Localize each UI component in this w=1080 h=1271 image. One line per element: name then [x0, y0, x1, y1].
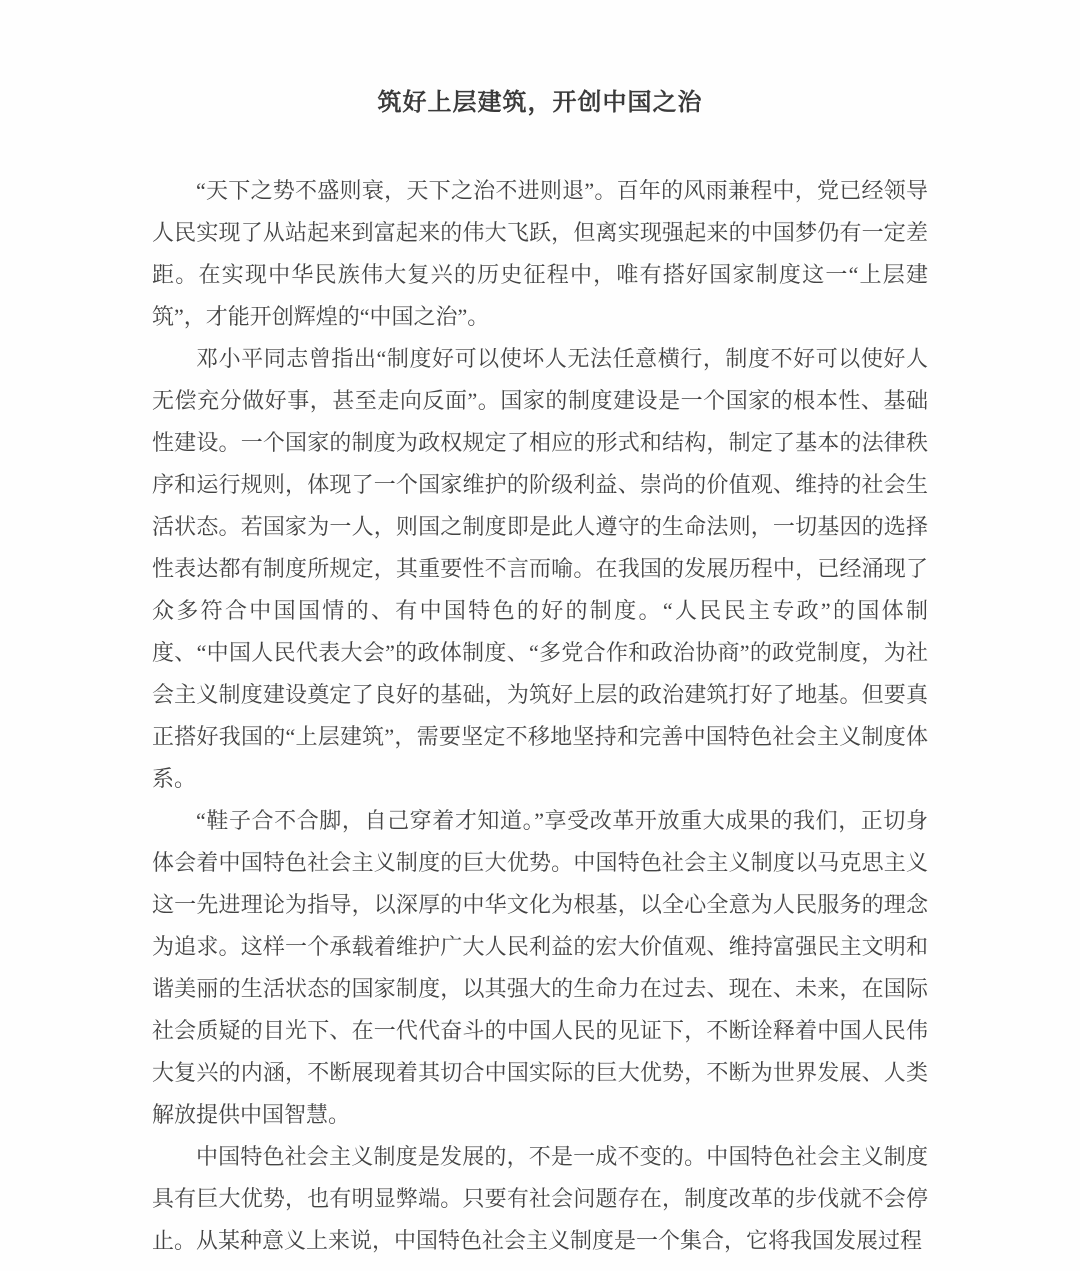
document-body: “天下之势不盛则衰，天下之治不进则退”。百年的风雨兼程中，党已经领导人民实现了从… [152, 170, 928, 1262]
paragraph-1: “天下之势不盛则衰，天下之治不进则退”。百年的风雨兼程中，党已经领导人民实现了从… [152, 170, 928, 338]
document-title: 筑好上层建筑，开创中国之治 [0, 86, 1080, 120]
paragraph-3: “鞋子合不合脚，自己穿着才知道。”享受改革开放重大成果的我们，正切身体会着中国特… [152, 800, 928, 1136]
paragraph-4-truncated: 中国特色社会主义制度是发展的，不是一成不变的。中国特色社会主义制度具有巨大优势，… [152, 1136, 928, 1262]
document-page: 筑好上层建筑，开创中国之治 “天下之势不盛则衰，天下之治不进则退”。百年的风雨兼… [0, 0, 1080, 1271]
paragraph-2: 邓小平同志曾指出“制度好可以使坏人无法任意横行，制度不好可以使好人无偿充分做好事… [152, 338, 928, 800]
